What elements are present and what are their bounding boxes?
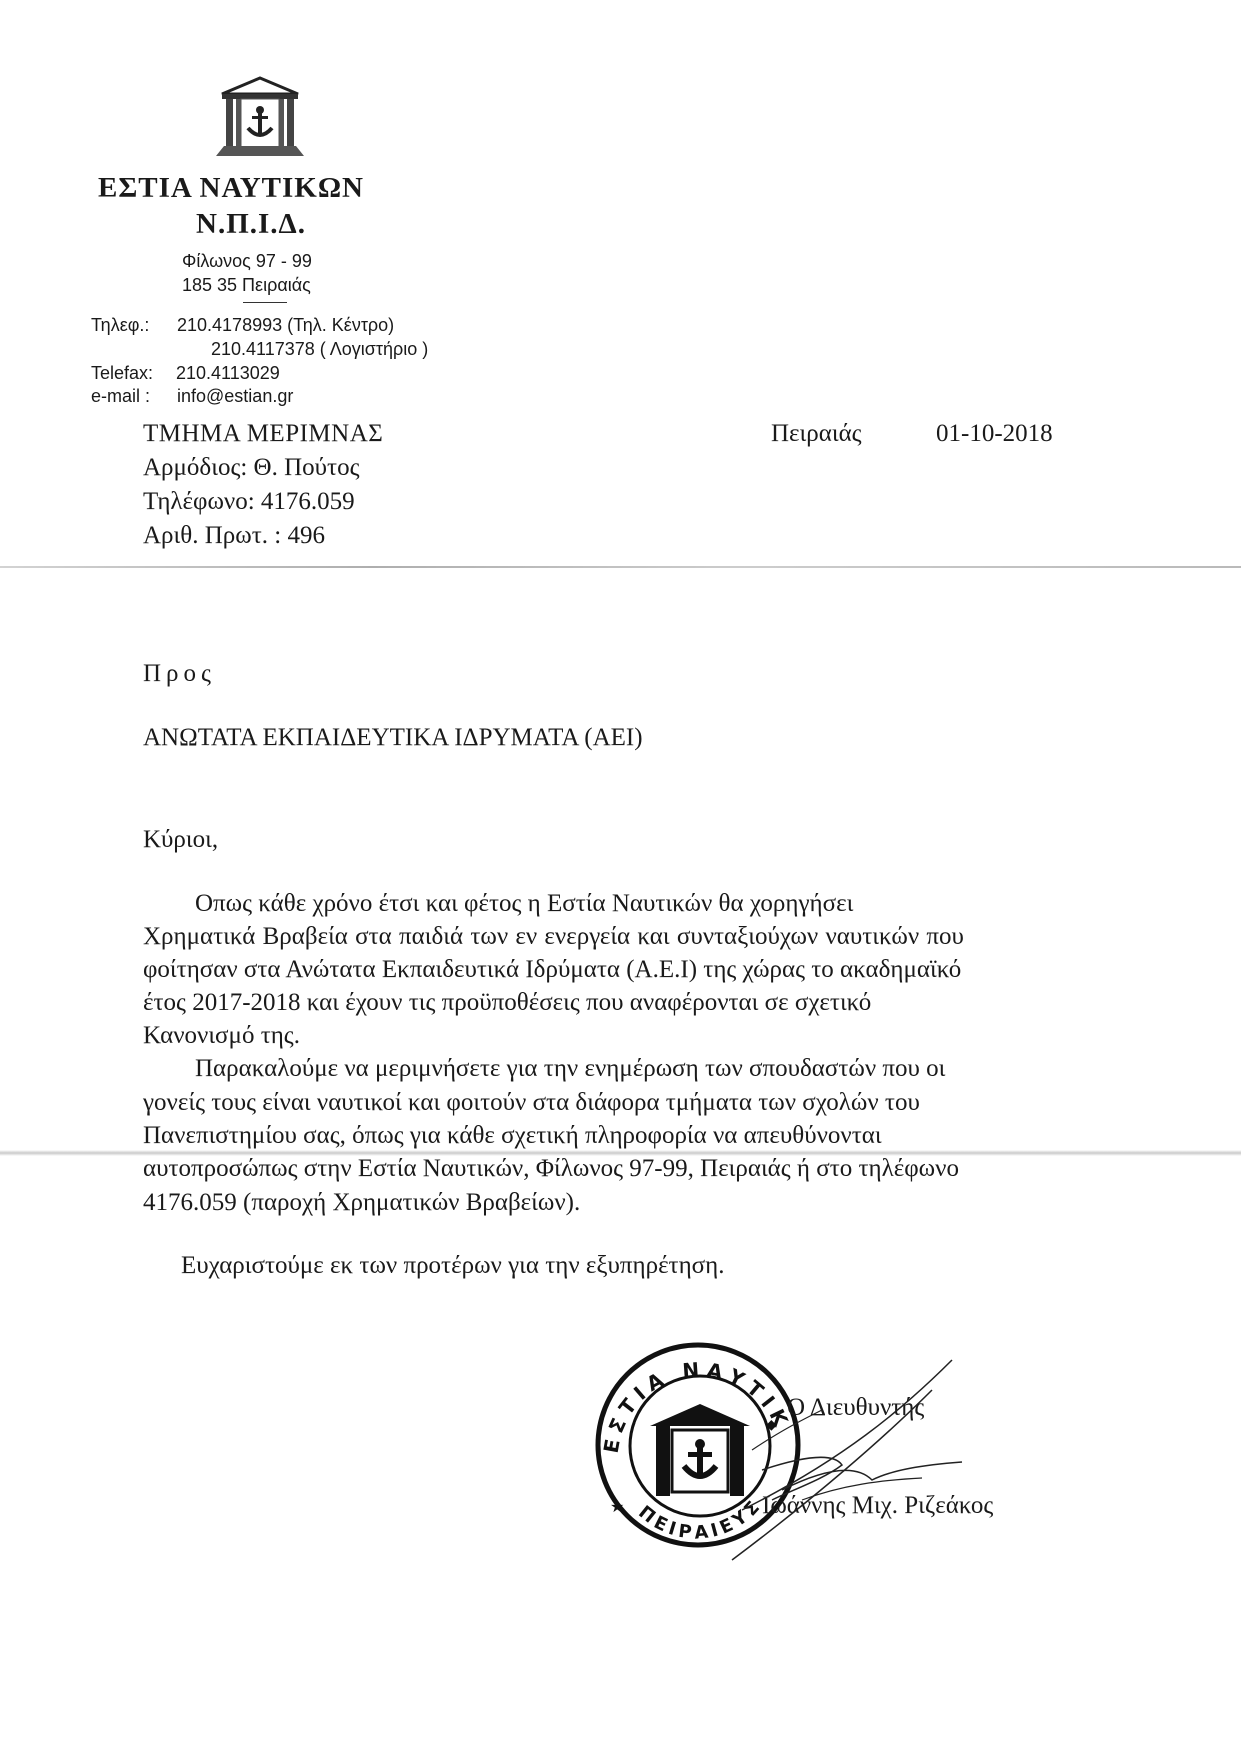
body-line: Παρακαλούμε να μεριμνήσετε για την ενημέ…	[195, 1055, 945, 1083]
svg-text:★: ★	[610, 1499, 624, 1516]
body-line: Χρηματικά Βραβεία στα παιδιά των εν ενερ…	[143, 923, 964, 951]
address-divider	[243, 302, 287, 303]
recipient-label: Προς	[143, 660, 216, 688]
body-line: γονείς τους είναι ναυτικοί και φοιτούν σ…	[143, 1089, 920, 1117]
salutation: Κύριοι,	[143, 826, 218, 854]
body-line: φοίτησαν στα Ανώτατα Εκπαιδευτικά Ιδρύμα…	[143, 956, 961, 984]
email-label: e-mail :	[91, 386, 150, 407]
department-name: ΤΜΗΜΑ ΜΕΡΙΜΝΑΣ	[143, 420, 383, 448]
header-divider	[0, 566, 1241, 568]
email-value[interactable]: info@estian.gr	[177, 386, 293, 407]
recipient-name: ΑΝΩΤΑΤΑ ΕΚΠΑΙΔΕΥΤΙΚΑ ΙΔΡΥΜΑΤΑ (ΑΕΙ)	[143, 724, 643, 752]
telefax-label: Telefax:	[91, 363, 153, 384]
body-line: Πανεπιστημίου σας, όπως για κάθε σχετική…	[143, 1122, 882, 1150]
handwritten-signature-icon	[722, 1350, 1002, 1570]
address-street: Φίλωνος 97 - 99	[182, 251, 312, 272]
department-responsible: Αρμόδιος: Θ. Πούτος	[143, 454, 359, 482]
body-line: αυτοπροσώπως στην Εστία Ναυτικών, Φίλωνο…	[143, 1155, 959, 1183]
phone-main-value: 210.4178993 (Τηλ. Κέντρο)	[177, 315, 394, 336]
closing-line: Ευχαριστούμε εκ των προτέρων για την εξυ…	[181, 1252, 724, 1280]
body-line: Οπως κάθε χρόνο έτσι και φέτος η Εστία Ν…	[195, 890, 853, 918]
body-line: έτος 2017-2018 και έχουν τις προϋποθέσει…	[143, 989, 871, 1017]
letter-date: 01-10-2018	[936, 420, 1053, 448]
body-line: 4176.059 (παροχή Χρηματικών Βραβείων).	[143, 1189, 580, 1217]
organization-legal-form: Ν.Π.Ι.Δ.	[196, 208, 306, 241]
letter-place: Πειραιάς	[771, 420, 862, 448]
protocol-number: Αριθ. Πρωτ. : 496	[143, 522, 325, 550]
address-city: 185 35 Πειραιάς	[182, 275, 311, 296]
phone-accounting-value: 210.4117378 ( Λογιστήριο )	[211, 339, 428, 360]
body-line: Κανονισμό της.	[143, 1022, 300, 1050]
organization-name: ΕΣΤΙΑ ΝΑΥΤΙΚΩΝ	[98, 172, 364, 205]
department-phone: Τηλέφωνο: 4176.059	[143, 488, 355, 516]
temple-anchor-logo-icon	[214, 76, 306, 158]
phone-label: Τηλεφ.:	[91, 315, 149, 336]
telefax-value: 210.4113029	[176, 363, 280, 384]
